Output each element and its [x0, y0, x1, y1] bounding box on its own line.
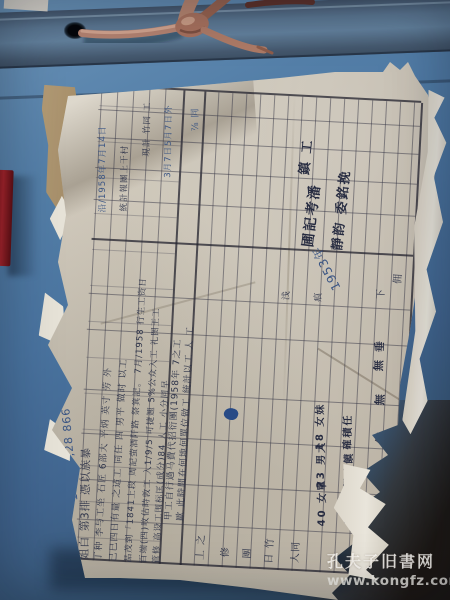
grid-line: [92, 249, 175, 254]
handwriting-fragment: 圃記考潘: [301, 183, 323, 248]
paper-sliver-top-left: [4, 0, 49, 12]
watermark-site-url: www.kongfz.com: [327, 573, 450, 589]
handwriting-fragment: 現計 竹同 工: [143, 102, 152, 157]
grid-line: [264, 96, 290, 569]
folder-spine-highlight: [0, 1, 450, 21]
handwriting-fragment: 人同: [291, 541, 302, 563]
grid-line: [90, 285, 173, 290]
handwriting-fragment: 姐白 第3排 憑以族暴: [79, 447, 92, 560]
binding-hole: [64, 22, 86, 39]
handwriting-fragment: 沿/1958年7月14日: [99, 126, 108, 213]
grid-line: [222, 94, 248, 567]
watermark-site-name: 孔夫子旧書网: [327, 549, 450, 572]
handwriting-fragment: 修: [221, 546, 232, 558]
handwriting-fragment: 下: [377, 288, 388, 300]
grid-line: [208, 93, 234, 566]
watermark: 孔夫子旧書网 www.kongfz.com: [327, 549, 450, 589]
handwriting-fragment: 3月7日5月7日外: [164, 105, 174, 178]
handwriting-fragment: 無: [374, 392, 386, 406]
handwriting-fragment: 無 垂: [373, 339, 386, 371]
handwriting-fragment: 日 竹: [265, 537, 276, 564]
grid-line: [94, 213, 177, 218]
folder-spine-shadow-line: [0, 49, 450, 69]
handwriting-fragment: 丄 之: [196, 534, 207, 561]
handwriting-fragment: 痕: [315, 292, 325, 302]
handwriting-fragment: 浅: [283, 290, 293, 300]
handwriting-fragment: 鎮 工: [298, 138, 315, 176]
handwriting-fragment: 18 女妹: [316, 403, 327, 451]
handwriting-fragment: 確積任: [344, 413, 355, 449]
grid-line: [250, 95, 276, 568]
grid-line: [236, 94, 262, 567]
handwriting-fragment: ⅞ 同: [192, 108, 201, 132]
handwriting-fragment: 團: [243, 547, 254, 559]
handwriting-fragment: 靜韵 委銘挽: [331, 169, 352, 251]
handwriting-fragment: 佣: [394, 273, 405, 285]
handwriting-fragment: 統計報團上干村: [120, 145, 130, 212]
photo-of-document: 1953,7,28 866姐白 第3排 憑以族暴丁种 李与工坐 石匠 6部大 平…: [0, 0, 450, 600]
grid-line: [194, 92, 220, 565]
